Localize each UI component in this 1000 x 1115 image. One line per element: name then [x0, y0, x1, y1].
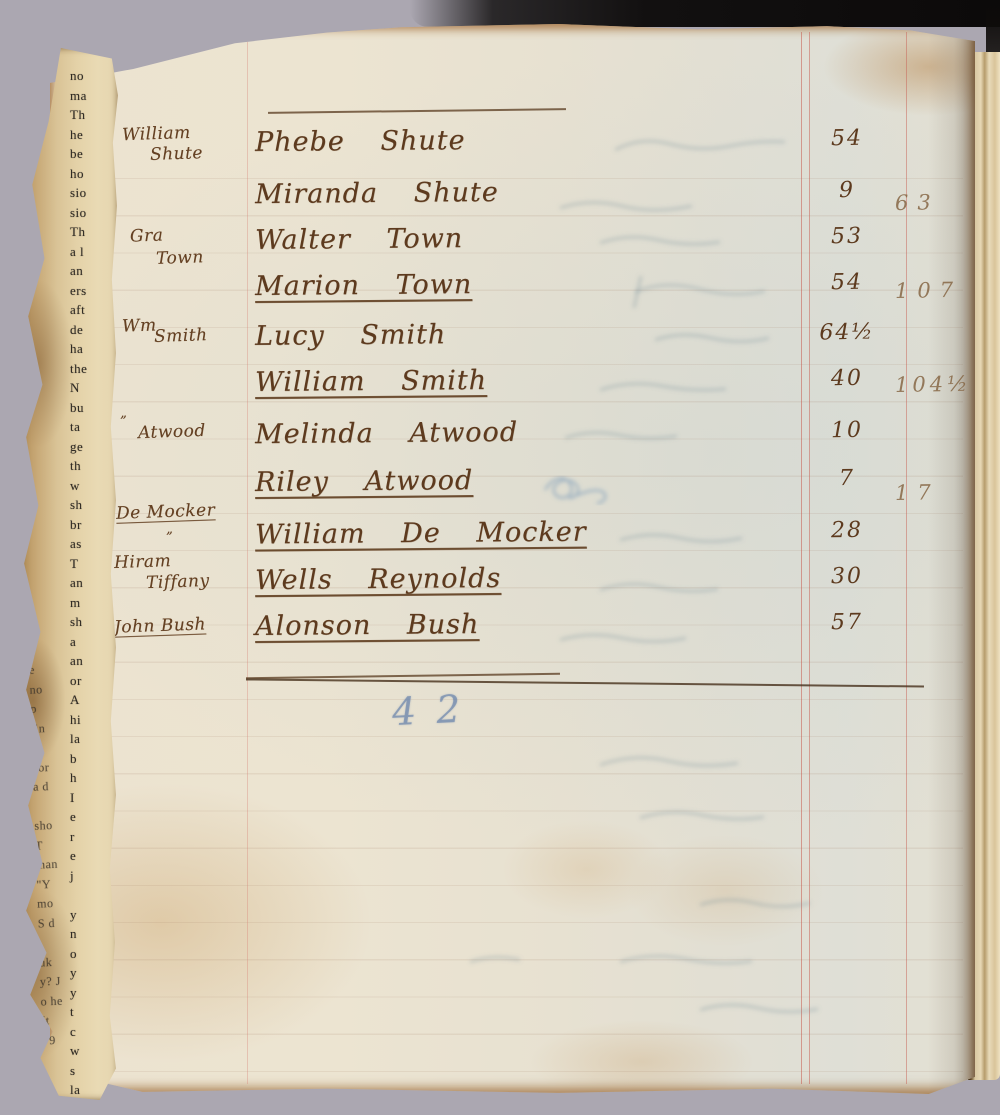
newspaper-fragment: ge [70, 437, 116, 457]
newspaper-fragment: ma [70, 86, 116, 106]
newspaper-fragment: no [70, 66, 116, 86]
newspaper-fragment: "Y [36, 874, 77, 895]
newspaper-fragment: mo [37, 893, 78, 914]
newspaper-fragment: hi [70, 710, 116, 730]
newspaper-fragment: d [21, 445, 62, 466]
newspaper-fragment: : 9 [42, 1030, 83, 1051]
newspaper-fragment: j [70, 866, 116, 886]
newspaper-fragment: Th [70, 105, 116, 125]
newspaper-fragment: e [70, 846, 116, 866]
newspaper-fragment: an [70, 573, 116, 593]
newspaper-fragment: an [70, 651, 116, 671]
newspaper-fragment: A [70, 690, 116, 710]
newspaper-fragment: p. [27, 620, 68, 641]
newspaper-fragment: he [70, 125, 116, 145]
newspaper-fragment: as [70, 534, 116, 554]
newspaper-fragment: r [70, 827, 116, 847]
newspaper-fragment: sio [70, 183, 116, 203]
newspaper-fragment [27, 601, 68, 622]
newspaper-fragment: man [35, 854, 76, 875]
newspaper-fragment: lin [31, 718, 72, 739]
newspaper-fragment: y? J [40, 971, 81, 992]
newspaper-strip: nomaThhebehosiosioTha lanersaftdehatheNb… [18, 48, 120, 1100]
newspaper-fragment: T [70, 554, 116, 574]
newspaper-fragment: S d [37, 913, 78, 934]
newspaper-fragment: be [70, 144, 116, 164]
newspaper-fragment: uk [39, 952, 80, 973]
newspaper-fragment: p [30, 698, 71, 719]
newspaper-fragment: m [70, 593, 116, 613]
newspaper-fragment: th [70, 456, 116, 476]
newspaper-fragment: the [70, 359, 116, 379]
scan-background: { "page": { "entries": [ {"margin1":"Wil… [0, 0, 1000, 1115]
newspaper-fragment [25, 562, 66, 583]
newspaper-fragment: la [70, 729, 116, 749]
scanner-lid-shadow [410, 0, 1000, 27]
newspaper-fragment: b [70, 749, 116, 769]
newspaper-fragment: an [70, 261, 116, 281]
newspaper-fragment: bu [70, 398, 116, 418]
newspaper-fragment: ta [70, 417, 116, 437]
newspaper-fragment: t [19, 386, 60, 407]
newspaper-fragment: cor [32, 757, 73, 778]
newspaper-fragment [20, 425, 61, 446]
newspaper-fragment: a d [33, 776, 74, 797]
newspaper-fragment: a [70, 1100, 116, 1115]
newspaper-fragment [22, 464, 63, 485]
newspaper-fragment [20, 406, 61, 427]
newspaper-fragment [26, 581, 67, 602]
newspaper-fragment: ble [18, 367, 59, 388]
newspaper-fragment: g [28, 640, 69, 661]
newspaper-fragment: N [70, 378, 116, 398]
newspaper-fragment: sh [70, 495, 116, 515]
newspaper-fragment [33, 796, 74, 817]
newspaper-fragment [38, 932, 79, 953]
blue-scribble [545, 478, 605, 503]
newspaper-fragment: sho [34, 815, 75, 836]
newspaper-fragment: de [70, 320, 116, 340]
newspaper-fragment: T [35, 835, 76, 856]
newspaper-fragment: a l [70, 242, 116, 262]
newspaper-fragment: a [70, 632, 116, 652]
bleed-through-writing [50, 24, 975, 1094]
newspaper-fragment: I [70, 788, 116, 808]
newspaper-fragment: ho [70, 164, 116, 184]
newspaper-fragment: e [70, 807, 116, 827]
newspaper-fragment [24, 523, 65, 544]
newspaper-fragment: no [29, 679, 70, 700]
newspaper-fragment: se [18, 348, 59, 369]
ledger-page: William Shute Phebe Shute 54 Miranda Shu… [50, 24, 975, 1094]
newspaper-fragment: sh [70, 612, 116, 632]
newspaper-fragment: 4 [31, 737, 72, 758]
newspaper-fragment: or [70, 671, 116, 691]
newspaper-fragment: o he [40, 991, 81, 1012]
newspaper-fragment [25, 542, 66, 563]
newspaper-fragment: ha [70, 339, 116, 359]
newspaper-fragment [23, 484, 64, 505]
newspaper-fragment: br [70, 515, 116, 535]
newspaper-fragment: aft [70, 300, 116, 320]
newspaper-fragment: ers [70, 281, 116, 301]
newspaper-fragment: h [70, 768, 116, 788]
newspaper-fragment: e [29, 659, 70, 680]
newspaper-fragment: It [41, 1010, 82, 1031]
newspaper-fragment: sio [70, 203, 116, 223]
newspaper-fragment: Th [70, 222, 116, 242]
newspaper-fragment: w [70, 476, 116, 496]
newspaper-fragment [23, 503, 64, 524]
newspaper-fragment: s [70, 1061, 116, 1081]
